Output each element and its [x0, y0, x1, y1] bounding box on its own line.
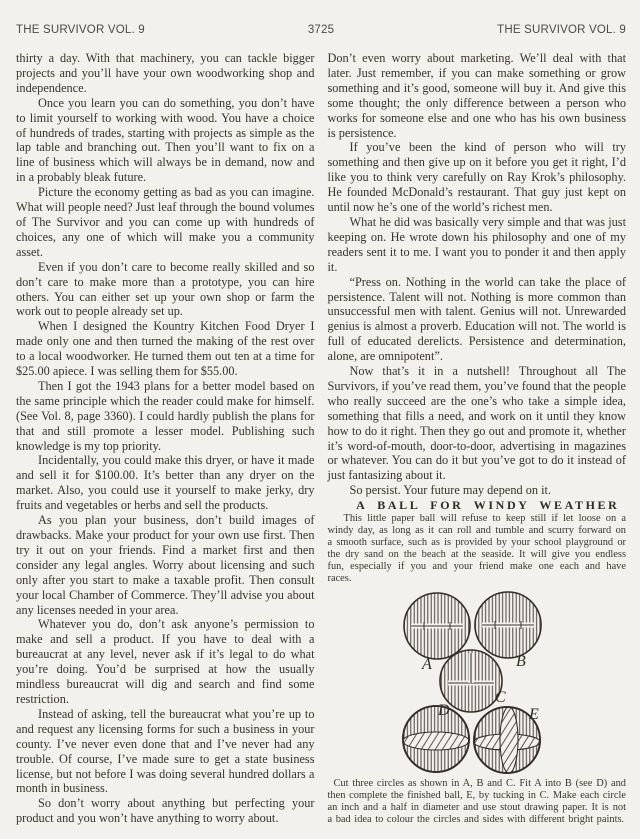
- paragraph: Now that’s it in a nutshell! Throughout …: [328, 364, 627, 483]
- body-columns: thirty a day. With that machinery, you c…: [16, 51, 626, 826]
- page-header: THE SURVIVOR VOL. 9 3725 THE SURVIVOR VO…: [16, 24, 626, 36]
- label-c: C: [495, 689, 506, 706]
- paragraph: Once you learn you can do something, you…: [16, 96, 315, 185]
- running-head-right: THE SURVIVOR VOL. 9: [334, 24, 626, 36]
- paragraph: Even if you don’t care to become really …: [16, 260, 315, 320]
- paragraph: Then I got the 1943 plans for a better m…: [16, 379, 315, 454]
- label-d: D: [437, 702, 450, 719]
- paragraph: Don’t even worry about marketing. We’ll …: [328, 51, 627, 140]
- paragraph: “Press on. Nothing in the world can take…: [328, 275, 627, 364]
- paragraph: Instead of asking, tell the bureaucrat w…: [16, 707, 315, 796]
- paragraph: So don’t worry about anything but perfec…: [16, 796, 315, 826]
- label-a: A: [421, 656, 432, 673]
- article-intro: This little paper ball will refuse to ke…: [328, 513, 627, 584]
- right-column: Don’t even worry about marketing. We’ll …: [328, 51, 627, 826]
- page-number: 3725: [308, 24, 334, 36]
- running-head-left: THE SURVIVOR VOL. 9: [16, 24, 308, 36]
- article-title: A BALL FOR WINDY WEATHER: [328, 498, 627, 513]
- paragraph: Incidentally, you could make this dryer,…: [16, 453, 315, 513]
- paragraph: So persist. Your future may depend on it…: [328, 483, 627, 498]
- ball-d: [403, 706, 469, 772]
- paragraph: If you’ve been the kind of person who wi…: [328, 140, 627, 215]
- paragraph: Whatever you do, don’t ask anyone’s perm…: [16, 617, 315, 706]
- paragraph: As you plan your business, don’t build i…: [16, 513, 315, 617]
- diagram-caption: Cut three circles as shown in A, B and C…: [328, 778, 627, 827]
- label-e: E: [528, 706, 539, 723]
- label-b: B: [516, 653, 526, 670]
- ball-diagram: A B C D E: [328, 590, 628, 776]
- paragraph: What he did was basically very simple an…: [328, 215, 627, 275]
- left-column: thirty a day. With that machinery, you c…: [16, 51, 315, 826]
- paragraph: Picture the economy getting as bad as yo…: [16, 185, 315, 260]
- disc-a: [404, 593, 470, 659]
- ball-article: A BALL FOR WINDY WEATHER This little pap…: [328, 498, 627, 826]
- paragraph: When I designed the Kountry Kitchen Food…: [16, 319, 315, 379]
- disc-b: [475, 592, 541, 658]
- scanned-page: THE SURVIVOR VOL. 9 3725 THE SURVIVOR VO…: [0, 0, 640, 826]
- paragraph: thirty a day. With that machinery, you c…: [16, 51, 315, 96]
